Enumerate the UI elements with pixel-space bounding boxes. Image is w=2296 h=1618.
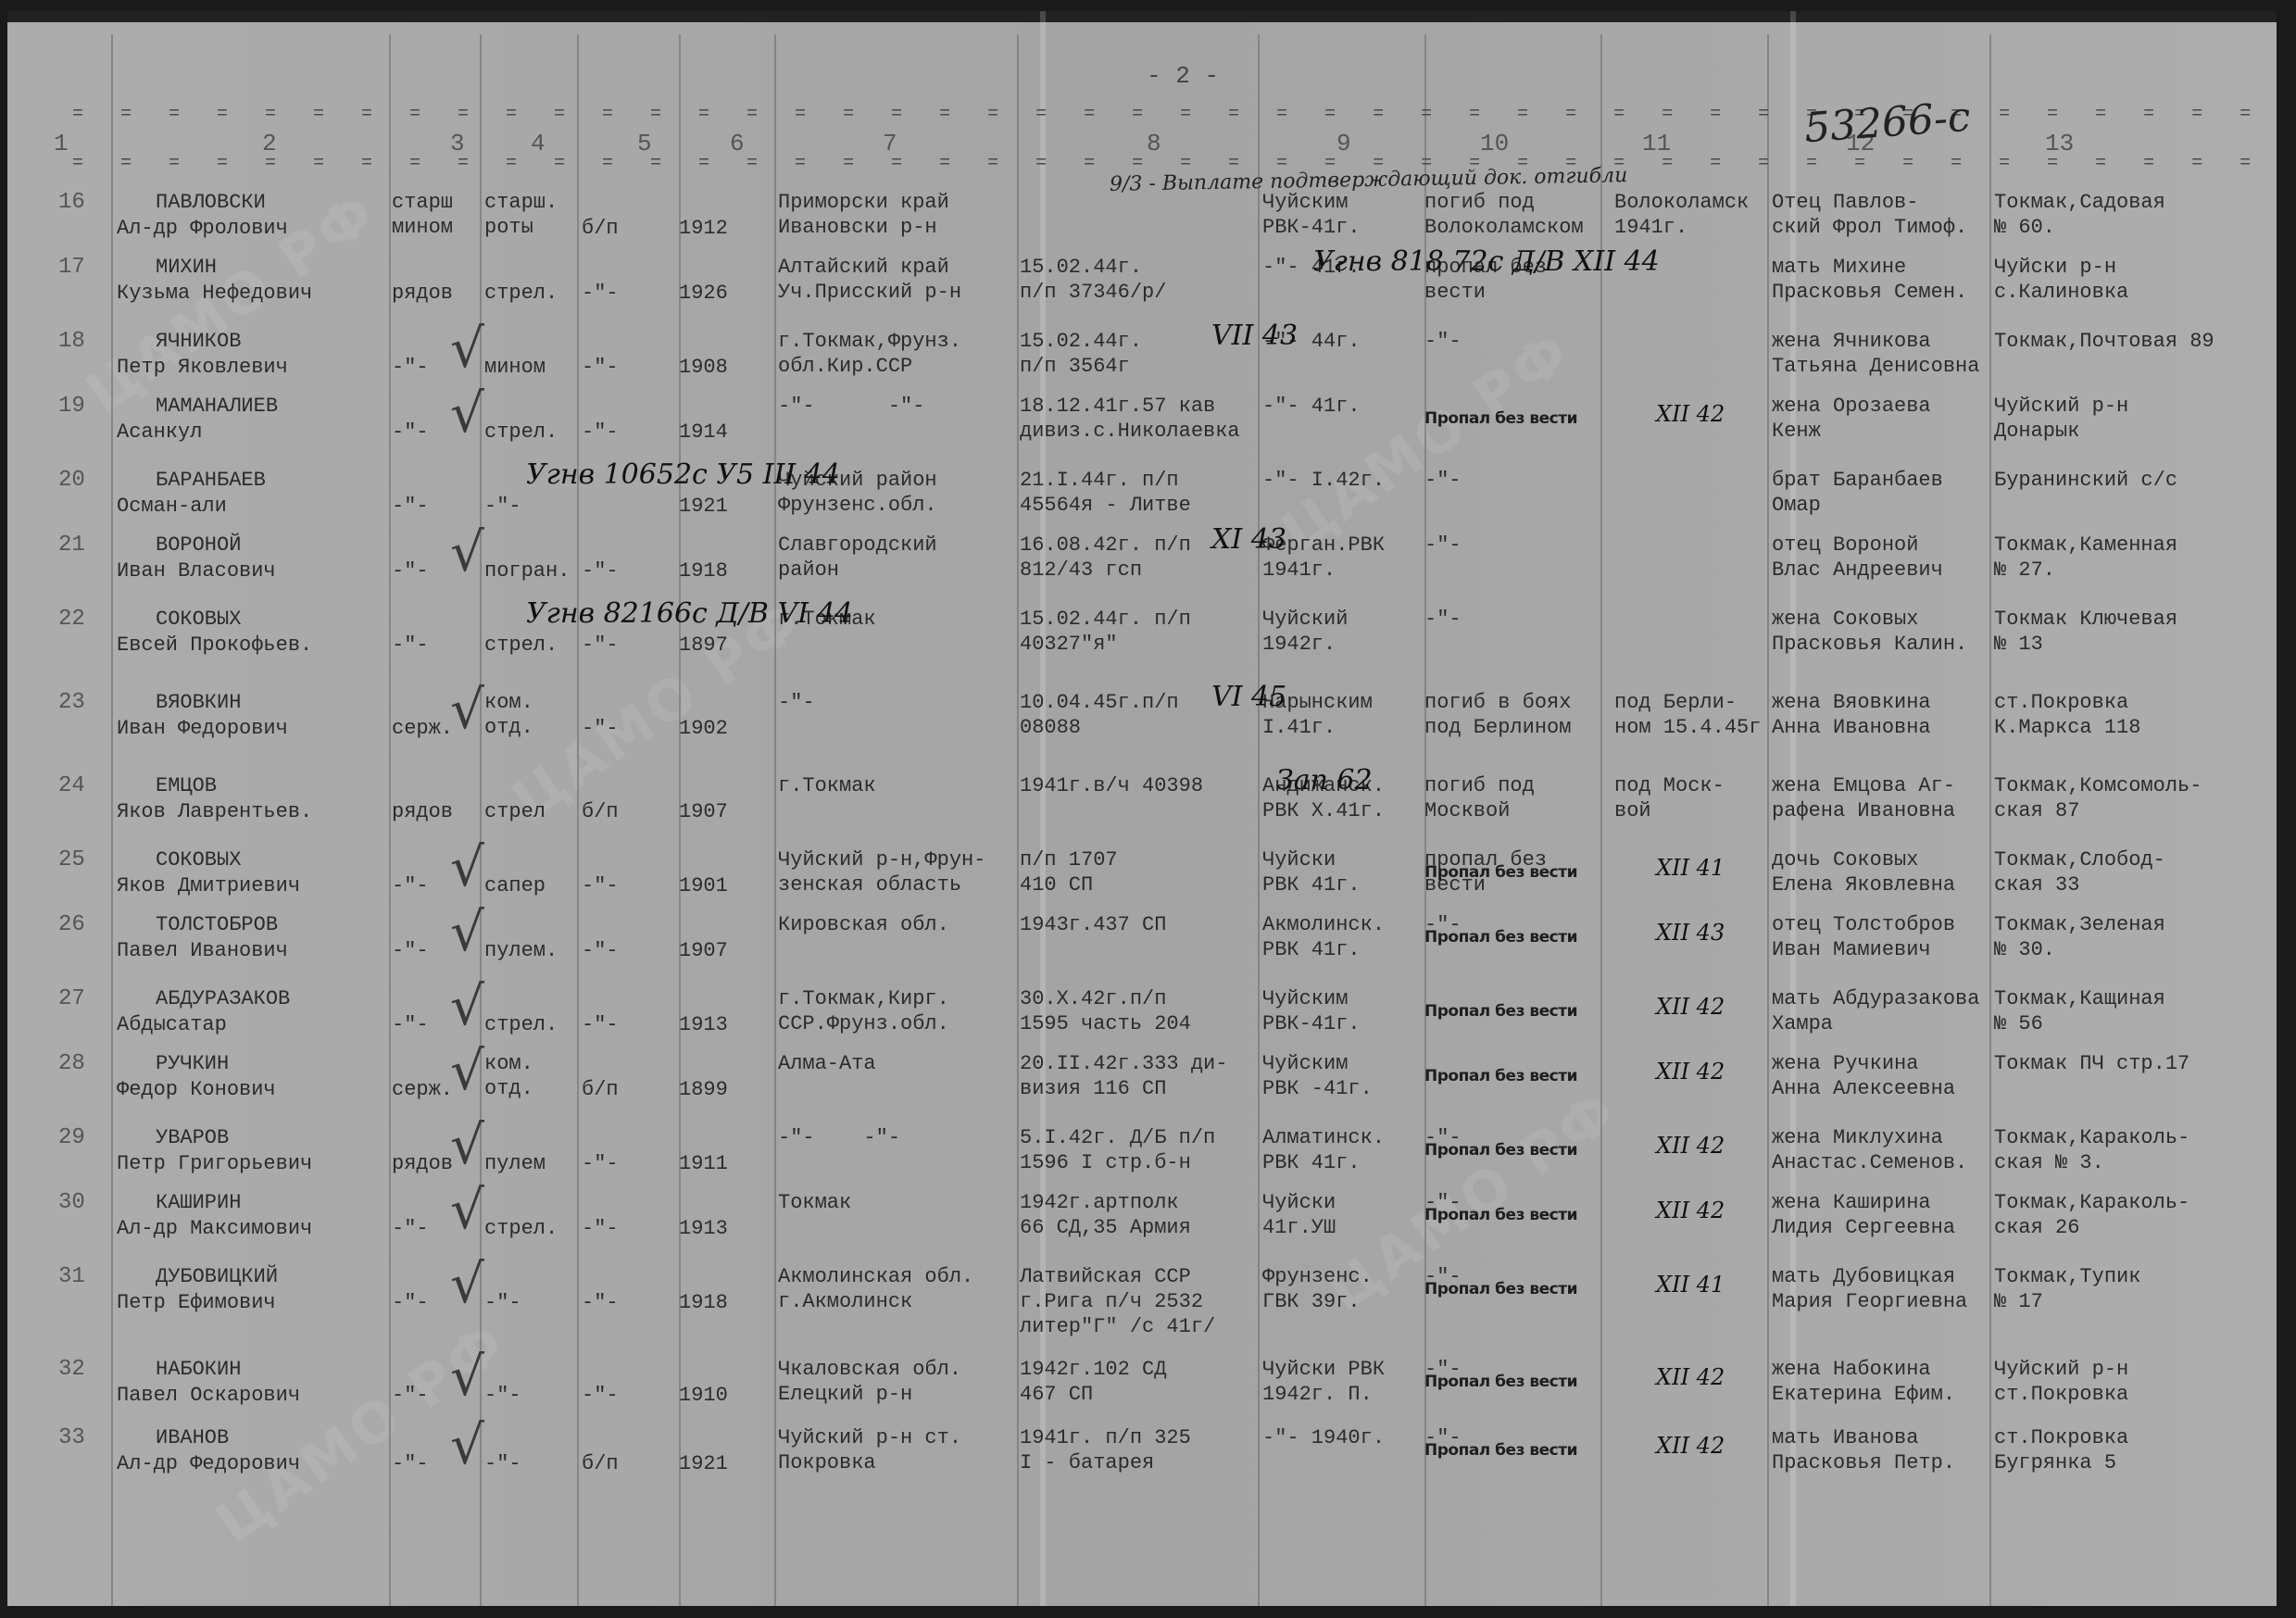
cell-year: 1897 — [679, 633, 728, 658]
cell-birthplace: Чуйский р-н ст. Покровка — [778, 1425, 961, 1475]
cell-n: 22 — [58, 607, 85, 632]
cell-enlist: 18.12.41г.57 кав дивиз.с.Николаевка — [1020, 394, 1240, 444]
cell-year: 1901 — [679, 873, 728, 898]
table-row: 21ВОРОНОЙИван Власович-"-погран.-"-1918С… — [7, 533, 2277, 599]
cell-enlist: п/п 1707 410 СП — [1020, 847, 1118, 897]
cell-enlist: 1941г.в/ч 40398 — [1020, 773, 1203, 798]
cell-surname: ЕМЦОВ — [156, 773, 217, 798]
handwritten-annotation: Угнв 10652с У5 III 44 — [526, 458, 840, 491]
cell-address: Токмак,Кащиная № 56 — [1994, 986, 2165, 1036]
cell-post: старш. роты — [484, 190, 558, 240]
table-row: 23ВЯОВКИНИван Федоровичсерж.ком. отд.-"-… — [7, 690, 2277, 757]
cell-fate: -"- — [1424, 329, 1462, 354]
cell-enlist: 1942г.102 СД 467 СП — [1020, 1357, 1166, 1407]
table-row: 20БАРАНБАЕВОсман-али-"--"-1921Чуйский ра… — [7, 468, 2277, 534]
header-rule: = = = = = = = = = = = = = = = = = = = = … — [72, 157, 2267, 170]
cell-party: -"- — [582, 873, 619, 898]
missing-in-action-stamp: Пропал без вести — [1424, 407, 1577, 432]
cell-enlist: 15.02.44г. п/п 37346/р/ — [1020, 255, 1166, 305]
cell-surname: РУЧКИН — [156, 1051, 229, 1076]
cell-rvk: Чуйски РВК 41г. — [1262, 847, 1361, 897]
cell-given: Яков Лаврентьев. — [117, 799, 312, 824]
cell-given: Асанкул — [117, 420, 202, 445]
cell-n: 17 — [58, 255, 85, 280]
cell-address: ст.Покровка Бугрянка 5 — [1994, 1425, 2128, 1475]
cell-relative: отец Вороной Влас Андреевич — [1772, 533, 1943, 583]
cell-relative: дочь Соковых Елена Яковлевна — [1772, 847, 1955, 897]
cell-year: 1913 — [679, 1216, 728, 1241]
cell-relative: мать Иванова Прасковья Петр. — [1772, 1425, 1955, 1475]
cell-year: 1899 — [679, 1077, 728, 1102]
cell-enlist: 1941г. п/п 325 I - батарея — [1020, 1425, 1191, 1475]
cell-post: сапер — [484, 873, 546, 898]
archival-document-page: ЦАМО РФ ЦАМО РФ ЦАМО РФ ЦАМО РФ ЦАМО РФ … — [7, 11, 2277, 1606]
cell-party: -"- — [582, 558, 619, 583]
cell-given: Петр Яковлевич — [117, 355, 288, 380]
cell-rank: серж. — [392, 1077, 453, 1102]
cell-post: мином — [484, 355, 546, 380]
cell-enlist: 16.08.42г. п/п 812/43 гсп — [1020, 533, 1191, 583]
cell-address: Токмак Ключевая № 13 — [1994, 607, 2177, 657]
cell-party: -"- — [582, 1383, 619, 1408]
cell-n: 21 — [58, 533, 85, 558]
handwritten-annotation: Угнв 818 72с Д/В XII 44 — [1313, 245, 1660, 278]
cell-birthplace: Чуйский р-н,Фрун- зенская область — [778, 847, 985, 897]
cell-enlist: 30.X.42г.п/п 1595 часть 204 — [1020, 986, 1191, 1036]
column-number: 6 — [730, 130, 745, 157]
cell-address: Токмак,Караколь- ская № 3. — [1994, 1125, 2189, 1175]
table-row: 27АБДУРАЗАКОВАбдысатар-"-стрел.-"-1913г.… — [7, 986, 2277, 1053]
cell-relative: жена Орозаева Кенж — [1772, 394, 1931, 444]
table-row: 22СОКОВЫХЕвсей Прокофьев.-"-стрел.-"-189… — [7, 607, 2277, 673]
missing-in-action-stamp: Пропал без вести — [1424, 1064, 1577, 1089]
cell-birthplace: Славгородский район — [778, 533, 937, 583]
cell-year: 1918 — [679, 558, 728, 583]
cell-surname: СОКОВЫХ — [156, 607, 241, 632]
cell-rank: -"- — [392, 938, 429, 963]
cell-birthplace: Кировская обл. — [778, 912, 949, 937]
cell-surname: ЯЧНИКОВ — [156, 329, 241, 354]
cell-date: Волоколамск 1941г. — [1614, 190, 1749, 240]
cell-post: стрел. — [484, 420, 558, 445]
checkmark-icon: √ — [450, 1044, 484, 1097]
cell-rank: -"- — [392, 420, 429, 445]
column-number: 9 — [1336, 130, 1351, 157]
missing-in-action-stamp: Пропал без вести — [1424, 1203, 1577, 1228]
cell-enlist: 1943г.437 СП — [1020, 912, 1166, 937]
cell-birthplace: Токмак — [778, 1190, 851, 1215]
cell-surname: МИХИН — [156, 255, 217, 280]
stamp-date: XII 42 — [1656, 994, 1725, 1020]
cell-year: 1902 — [679, 716, 728, 741]
cell-post: пулем — [484, 1151, 546, 1176]
cell-address: Токмак,Комсомоль- ская 87 — [1994, 773, 2202, 823]
table-row: 26ТОЛСТОБРОВПавел Иванович-"-пулем.-"-19… — [7, 912, 2277, 979]
cell-address: Токмак,Каменная № 27. — [1994, 533, 2177, 583]
column-number: 10 — [1480, 130, 1509, 157]
cell-relative: жена Ручкина Анна Алексеевна — [1772, 1051, 1955, 1101]
cell-given: Павел Иванович — [117, 938, 288, 963]
cell-birthplace: Чкаловская обл. Елецкий р-н — [778, 1357, 961, 1407]
cell-post: ком. отд. — [484, 690, 533, 740]
cell-n: 29 — [58, 1125, 85, 1150]
cell-given: Павел Оскарович — [117, 1383, 300, 1408]
checkmark-icon: √ — [450, 1418, 484, 1472]
missing-in-action-stamp: Пропал без вести — [1424, 999, 1577, 1024]
cell-rank: -"- — [392, 633, 429, 658]
cell-enlist: 10.04.45г.п/п 08088 — [1020, 690, 1179, 740]
cell-rvk: -"- I.42г. — [1262, 468, 1385, 493]
checkmark-icon: √ — [450, 979, 484, 1033]
page-number: - 2 - — [1147, 62, 1219, 90]
cell-rvk: Чуйски РВК 1942г. П. — [1262, 1357, 1385, 1407]
cell-n: 30 — [58, 1190, 85, 1215]
cell-enlist: 15.02.44г. п/п 3564г — [1020, 329, 1142, 379]
cell-relative: жена Ячникова Татьяна Денисовна — [1772, 329, 1979, 379]
cell-rank: рядов — [392, 799, 453, 824]
cell-relative: Отец Павлов- ский Фрол Тимоф. — [1772, 190, 1967, 240]
cell-birthplace: Акмолинская обл. г.Акмолинск — [778, 1264, 973, 1314]
cell-rvk: Чуйским РВК-41г. — [1262, 190, 1361, 240]
scan-edge — [7, 11, 2277, 22]
cell-fate: -"- — [1424, 468, 1462, 493]
cell-surname: НАБОКИН — [156, 1357, 241, 1382]
cell-rank: -"- — [392, 1290, 429, 1315]
table-row: 29УВАРОВПетр Григорьевичрядовпулем-"-191… — [7, 1125, 2277, 1192]
cell-n: 28 — [58, 1051, 85, 1076]
checkmark-icon: √ — [450, 840, 484, 894]
cell-relative: брат Баранбаев Омар — [1772, 468, 1943, 518]
cell-surname: АБДУРАЗАКОВ — [156, 986, 290, 1011]
handwritten-annotation: Зап 62 — [1276, 764, 1373, 796]
cell-post: погран. — [484, 558, 570, 583]
cell-n: 32 — [58, 1357, 85, 1382]
cell-given: Абдысатар — [117, 1012, 227, 1037]
cell-enlist: 21.I.44г. п/п 45564я - Литве — [1020, 468, 1191, 518]
table-row: 31ДУБОВИЦКИЙПетр Ефимович-"--"--"-1918Ак… — [7, 1264, 2277, 1331]
cell-party: -"- — [582, 1151, 619, 1176]
cell-surname: МАМАНАЛИЕВ — [156, 394, 278, 419]
cell-surname: ИВАНОВ — [156, 1425, 229, 1450]
cell-rank: -"- — [392, 1451, 429, 1476]
cell-address: Токмак,Слобод- ская 33 — [1994, 847, 2165, 897]
cell-relative: мать Михине Прасковья Семен. — [1772, 255, 1967, 305]
cell-given: Осман-али — [117, 494, 227, 519]
cell-n: 20 — [58, 468, 85, 493]
stamp-date: XII 41 — [1656, 1272, 1725, 1298]
cell-n: 24 — [58, 773, 85, 798]
cell-post: стрел. — [484, 281, 558, 306]
cell-n: 16 — [58, 190, 85, 215]
cell-given: Федор Конович — [117, 1077, 276, 1102]
table-row: 28РУЧКИНФедор Коновичсерж.ком. отд.б/п18… — [7, 1051, 2277, 1118]
column-number: 5 — [637, 130, 652, 157]
table-row: 30КАШИРИНАл-др Максимович-"-стрел.-"-191… — [7, 1190, 2277, 1257]
cell-fate: погиб в боях под Берлином — [1424, 690, 1571, 740]
cell-party: -"- — [582, 281, 619, 306]
cell-relative: отец Толстобров Иван Мамиевич — [1772, 912, 1955, 962]
checkmark-icon: √ — [450, 1349, 484, 1403]
cell-party: -"- — [582, 1216, 619, 1241]
cell-relative: жена Набокина Екатерина Ефим. — [1772, 1357, 1955, 1407]
missing-in-action-stamp: Пропал без вести — [1424, 1138, 1577, 1163]
cell-given: Евсей Прокофьев. — [117, 633, 312, 658]
missing-in-action-stamp: Пропал без вести — [1424, 925, 1577, 950]
cell-address: Токмак,Тупик № 17 — [1994, 1264, 2140, 1314]
cell-given: Иван Власович — [117, 558, 276, 583]
table-row: 18ЯЧНИКОВПетр Яковлевич-"-мином-"-1908г.… — [7, 329, 2277, 395]
cell-fate: погиб под Волоколамском — [1424, 190, 1584, 240]
cell-date: под Берли- ном 15.4.45г — [1614, 690, 1761, 740]
cell-rvk: Алматинск. РВК 41г. — [1262, 1125, 1385, 1175]
cell-year: 1908 — [679, 355, 728, 380]
table-row: 33ИВАНОВАл-др Федорович-"--"-б/п1921Чуйс… — [7, 1425, 2277, 1492]
cell-rvk: Фрунзенс. ГВК 39г. — [1262, 1264, 1373, 1314]
cell-rank: -"- — [392, 494, 429, 519]
table-row: 25СОКОВЫХЯков Дмитриевич-"-сапер-"-1901Ч… — [7, 847, 2277, 914]
cell-address: Буранинский с/с — [1994, 468, 2177, 493]
stamp-date: XII 43 — [1656, 920, 1725, 946]
cell-birthplace: г.Токмак — [778, 773, 876, 798]
checkmark-icon: √ — [450, 683, 484, 736]
cell-rvk: Чуйский 1942г. — [1262, 607, 1348, 657]
cell-post: ком. отд. — [484, 1051, 533, 1101]
table-row: 32НАБОКИНПавел Оскарович-"--"--"-1910Чка… — [7, 1357, 2277, 1424]
cell-birthplace: г.Токмак,Фрунз. обл.Кир.ССР — [778, 329, 961, 379]
cell-birthplace: Приморски край Ивановски р-н — [778, 190, 949, 240]
cell-relative: мать Дубовицкая Мария Георгиевна — [1772, 1264, 1967, 1314]
stamp-date: XII 41 — [1656, 855, 1725, 881]
cell-rank: -"- — [392, 1383, 429, 1408]
cell-surname: УВАРОВ — [156, 1125, 229, 1150]
cell-party: -"- — [582, 1290, 619, 1315]
cell-n: 25 — [58, 847, 85, 872]
handwritten-annotation: Угнв 82166с Д/В VI 44 — [526, 597, 853, 630]
cell-rvk: -"- 1940г. — [1262, 1425, 1385, 1450]
cell-enlist: 15.02.44г. п/п 40327"я" — [1020, 607, 1191, 657]
cell-rank: -"- — [392, 1012, 429, 1037]
column-number: 3 — [450, 130, 465, 157]
checkmark-icon: √ — [450, 386, 484, 440]
handwritten-annotation: VI 45 — [1211, 681, 1286, 713]
cell-surname: ТОЛСТОБРОВ — [156, 912, 278, 937]
stamp-date: XII 42 — [1656, 401, 1725, 427]
cell-birthplace: -"- — [778, 690, 815, 715]
cell-birthplace: г.Токмак,Кирг. ССР.Фрунз.обл. — [778, 986, 949, 1036]
cell-given: Петр Григорьевич — [117, 1151, 312, 1176]
cell-year: 1914 — [679, 420, 728, 445]
cell-given: Иван Федорович — [117, 716, 288, 741]
cell-year: 1926 — [679, 281, 728, 306]
cell-post: пулем. — [484, 938, 558, 963]
missing-in-action-stamp: Пропал без вести — [1424, 1370, 1577, 1395]
column-number: 13 — [2045, 130, 2074, 157]
cell-surname: БАРАНБАЕВ — [156, 468, 266, 493]
column-number: 2 — [262, 130, 277, 157]
cell-party: -"- — [582, 420, 619, 445]
cell-date: под Моск- вой — [1614, 773, 1725, 823]
cell-party: б/п — [582, 1077, 619, 1102]
cell-post: -"- — [484, 1290, 521, 1315]
checkmark-icon: √ — [450, 1183, 484, 1236]
cell-fate: -"- — [1424, 607, 1462, 632]
cell-given: Петр Ефимович — [117, 1290, 276, 1315]
checkmark-icon: √ — [450, 525, 484, 579]
cell-birthplace: -"- -"- — [778, 1125, 900, 1150]
stamp-date: XII 42 — [1656, 1133, 1725, 1159]
cell-n: 18 — [58, 329, 85, 354]
cell-rvk: Чуйским РВК -41г. — [1262, 1051, 1373, 1101]
missing-in-action-stamp: Пропал без вести — [1424, 1277, 1577, 1302]
cell-party: б/п — [582, 216, 619, 241]
cell-given: Яков Дмитриевич — [117, 873, 300, 898]
cell-year: 1907 — [679, 799, 728, 824]
cell-address: Чуйский р-н Донарык — [1994, 394, 2128, 444]
cell-n: 27 — [58, 986, 85, 1011]
table-row: 19МАМАНАЛИЕВАсанкул-"-стрел.-"-1914-"- -… — [7, 394, 2277, 460]
cell-relative: жена Соковых Прасковья Калин. — [1772, 607, 1967, 657]
cell-fate: погиб под Москвой — [1424, 773, 1535, 823]
missing-in-action-stamp: Пропал без вести — [1424, 860, 1577, 885]
cell-given: Ал-др Максимович — [117, 1216, 312, 1241]
column-number: 11 — [1642, 130, 1671, 157]
cell-rank: -"- — [392, 355, 429, 380]
cell-address: Токмак,Караколь- ская 26 — [1994, 1190, 2189, 1240]
cell-rvk: Чуйским РВК-41г. — [1262, 986, 1361, 1036]
column-number: 1 — [54, 130, 69, 157]
cell-fate: -"- — [1424, 533, 1462, 558]
checkmark-icon: √ — [450, 905, 484, 959]
cell-address: Токмак,Садовая № 60. — [1994, 190, 2165, 240]
cell-given: Кузьма Нефедович — [117, 281, 312, 306]
cell-n: 26 — [58, 912, 85, 937]
cell-party: -"- — [582, 355, 619, 380]
cell-n: 23 — [58, 690, 85, 715]
cell-rank: -"- — [392, 873, 429, 898]
cell-enlist: 1942г.артполк 66 СД,35 Армия — [1020, 1190, 1191, 1240]
cell-year: 1918 — [679, 1290, 728, 1315]
cell-relative: жена Каширина Лидия Сергеевна — [1772, 1190, 1955, 1240]
cell-post: -"- — [484, 494, 521, 519]
cell-n: 33 — [58, 1425, 85, 1450]
cell-party: -"- — [582, 716, 619, 741]
cell-surname: ВОРОНОЙ — [156, 533, 241, 558]
cell-address: Токмак,Почтовая 89 — [1994, 329, 2214, 354]
checkmark-icon: √ — [450, 321, 484, 375]
cell-post: стрел. — [484, 633, 558, 658]
cell-relative: жена Емцова Аг- рафена Ивановна — [1772, 773, 1955, 823]
stamp-date: XII 42 — [1656, 1364, 1725, 1390]
cell-year: 1910 — [679, 1383, 728, 1408]
handwritten-annotation: XI 43 — [1211, 523, 1286, 556]
cell-post: стрел — [484, 799, 546, 824]
cell-year: 1921 — [679, 1451, 728, 1476]
cell-post: -"- — [484, 1383, 521, 1408]
cell-relative: мать Абдуразакова Хамра — [1772, 986, 1979, 1036]
cell-rank: -"- — [392, 558, 429, 583]
cell-address: Токмак,Зеленая № 30. — [1994, 912, 2165, 962]
cell-surname: КАШИРИН — [156, 1190, 241, 1215]
stamp-date: XII 42 — [1656, 1198, 1725, 1223]
cell-birthplace: Алтайский край Уч.Присский р-н — [778, 255, 961, 305]
cell-party: -"- — [582, 1012, 619, 1037]
checkmark-icon: √ — [450, 1118, 484, 1172]
table-row: 16ПАВЛОВСКИАл-др Фроловичстарш миномстар… — [7, 190, 2277, 257]
cell-rvk: Акмолинск. РВК 41г. — [1262, 912, 1385, 962]
cell-birthplace: Алма-Ата — [778, 1051, 876, 1076]
cell-rank: рядов — [392, 1151, 453, 1176]
cell-party: -"- — [582, 938, 619, 963]
cell-year: 1907 — [679, 938, 728, 963]
column-number: 8 — [1147, 130, 1161, 157]
cell-rank: -"- — [392, 1216, 429, 1241]
cell-relative: жена Вяовкина Анна Ивановна — [1772, 690, 1931, 740]
cell-year: 1911 — [679, 1151, 728, 1176]
handwritten-annotation: VII 43 — [1211, 320, 1298, 352]
cell-rank: серж. — [392, 716, 453, 741]
cell-given: Ал-др Федорович — [117, 1451, 300, 1476]
cell-address: ст.Покровка К.Маркса 118 — [1994, 690, 2140, 740]
cell-rank: рядов — [392, 281, 453, 306]
cell-address: Токмак ПЧ стр.17 — [1994, 1051, 2189, 1076]
cell-relative: жена Миклухина Анастас.Семенов. — [1772, 1125, 1967, 1175]
cell-post: стрел. — [484, 1012, 558, 1037]
cell-post: стрел. — [484, 1216, 558, 1241]
column-number: 4 — [531, 130, 546, 157]
cell-enlist: 5.I.42г. Д/Б п/п 1596 I стр.б-н — [1020, 1125, 1215, 1175]
cell-address: Чуйски р-н с.Калиновка — [1994, 255, 2128, 305]
column-number: 7 — [883, 130, 897, 157]
cell-enlist: Латвийская ССР г.Рига п/ч 2532 литер"Г" … — [1020, 1264, 1215, 1339]
cell-post: -"- — [484, 1451, 521, 1476]
cell-surname: ДУБОВИЦКИЙ — [156, 1264, 278, 1289]
cell-surname: СОКОВЫХ — [156, 847, 241, 872]
cell-rank: старш мином — [392, 190, 453, 240]
cell-party: б/п — [582, 1451, 619, 1476]
missing-in-action-stamp: Пропал без вести — [1424, 1438, 1577, 1463]
cell-year: 1912 — [679, 216, 728, 241]
cell-year: 1921 — [679, 494, 728, 519]
table-row: 24ЕМЦОВЯков Лаврентьев.рядовстрелб/п1907… — [7, 773, 2277, 840]
cell-rvk: Чуйски 41г.УШ — [1262, 1190, 1336, 1240]
cell-year: 1913 — [679, 1012, 728, 1037]
cell-n: 31 — [58, 1264, 85, 1289]
cell-given: Ал-др Фролович — [117, 216, 288, 241]
cell-party: -"- — [582, 633, 619, 658]
archive-number: 53266-с — [1802, 94, 1972, 152]
cell-surname: ВЯОВКИН — [156, 690, 241, 715]
stamp-date: XII 42 — [1656, 1059, 1725, 1085]
cell-n: 19 — [58, 394, 85, 419]
table-row: 17МИХИНКузьма Нефедовичрядовстрел.-"-192… — [7, 255, 2277, 321]
cell-birthplace: -"- -"- — [778, 394, 924, 419]
cell-surname: ПАВЛОВСКИ — [156, 190, 266, 215]
checkmark-icon: √ — [450, 1257, 484, 1311]
cell-enlist: 20.II.42г.333 ди- визия 116 СП — [1020, 1051, 1227, 1101]
cell-party: б/п — [582, 799, 619, 824]
stamp-date: XII 42 — [1656, 1433, 1725, 1459]
cell-address: Чуйский р-н ст.Покровка — [1994, 1357, 2128, 1407]
cell-rvk: -"- 41г. — [1262, 394, 1361, 419]
